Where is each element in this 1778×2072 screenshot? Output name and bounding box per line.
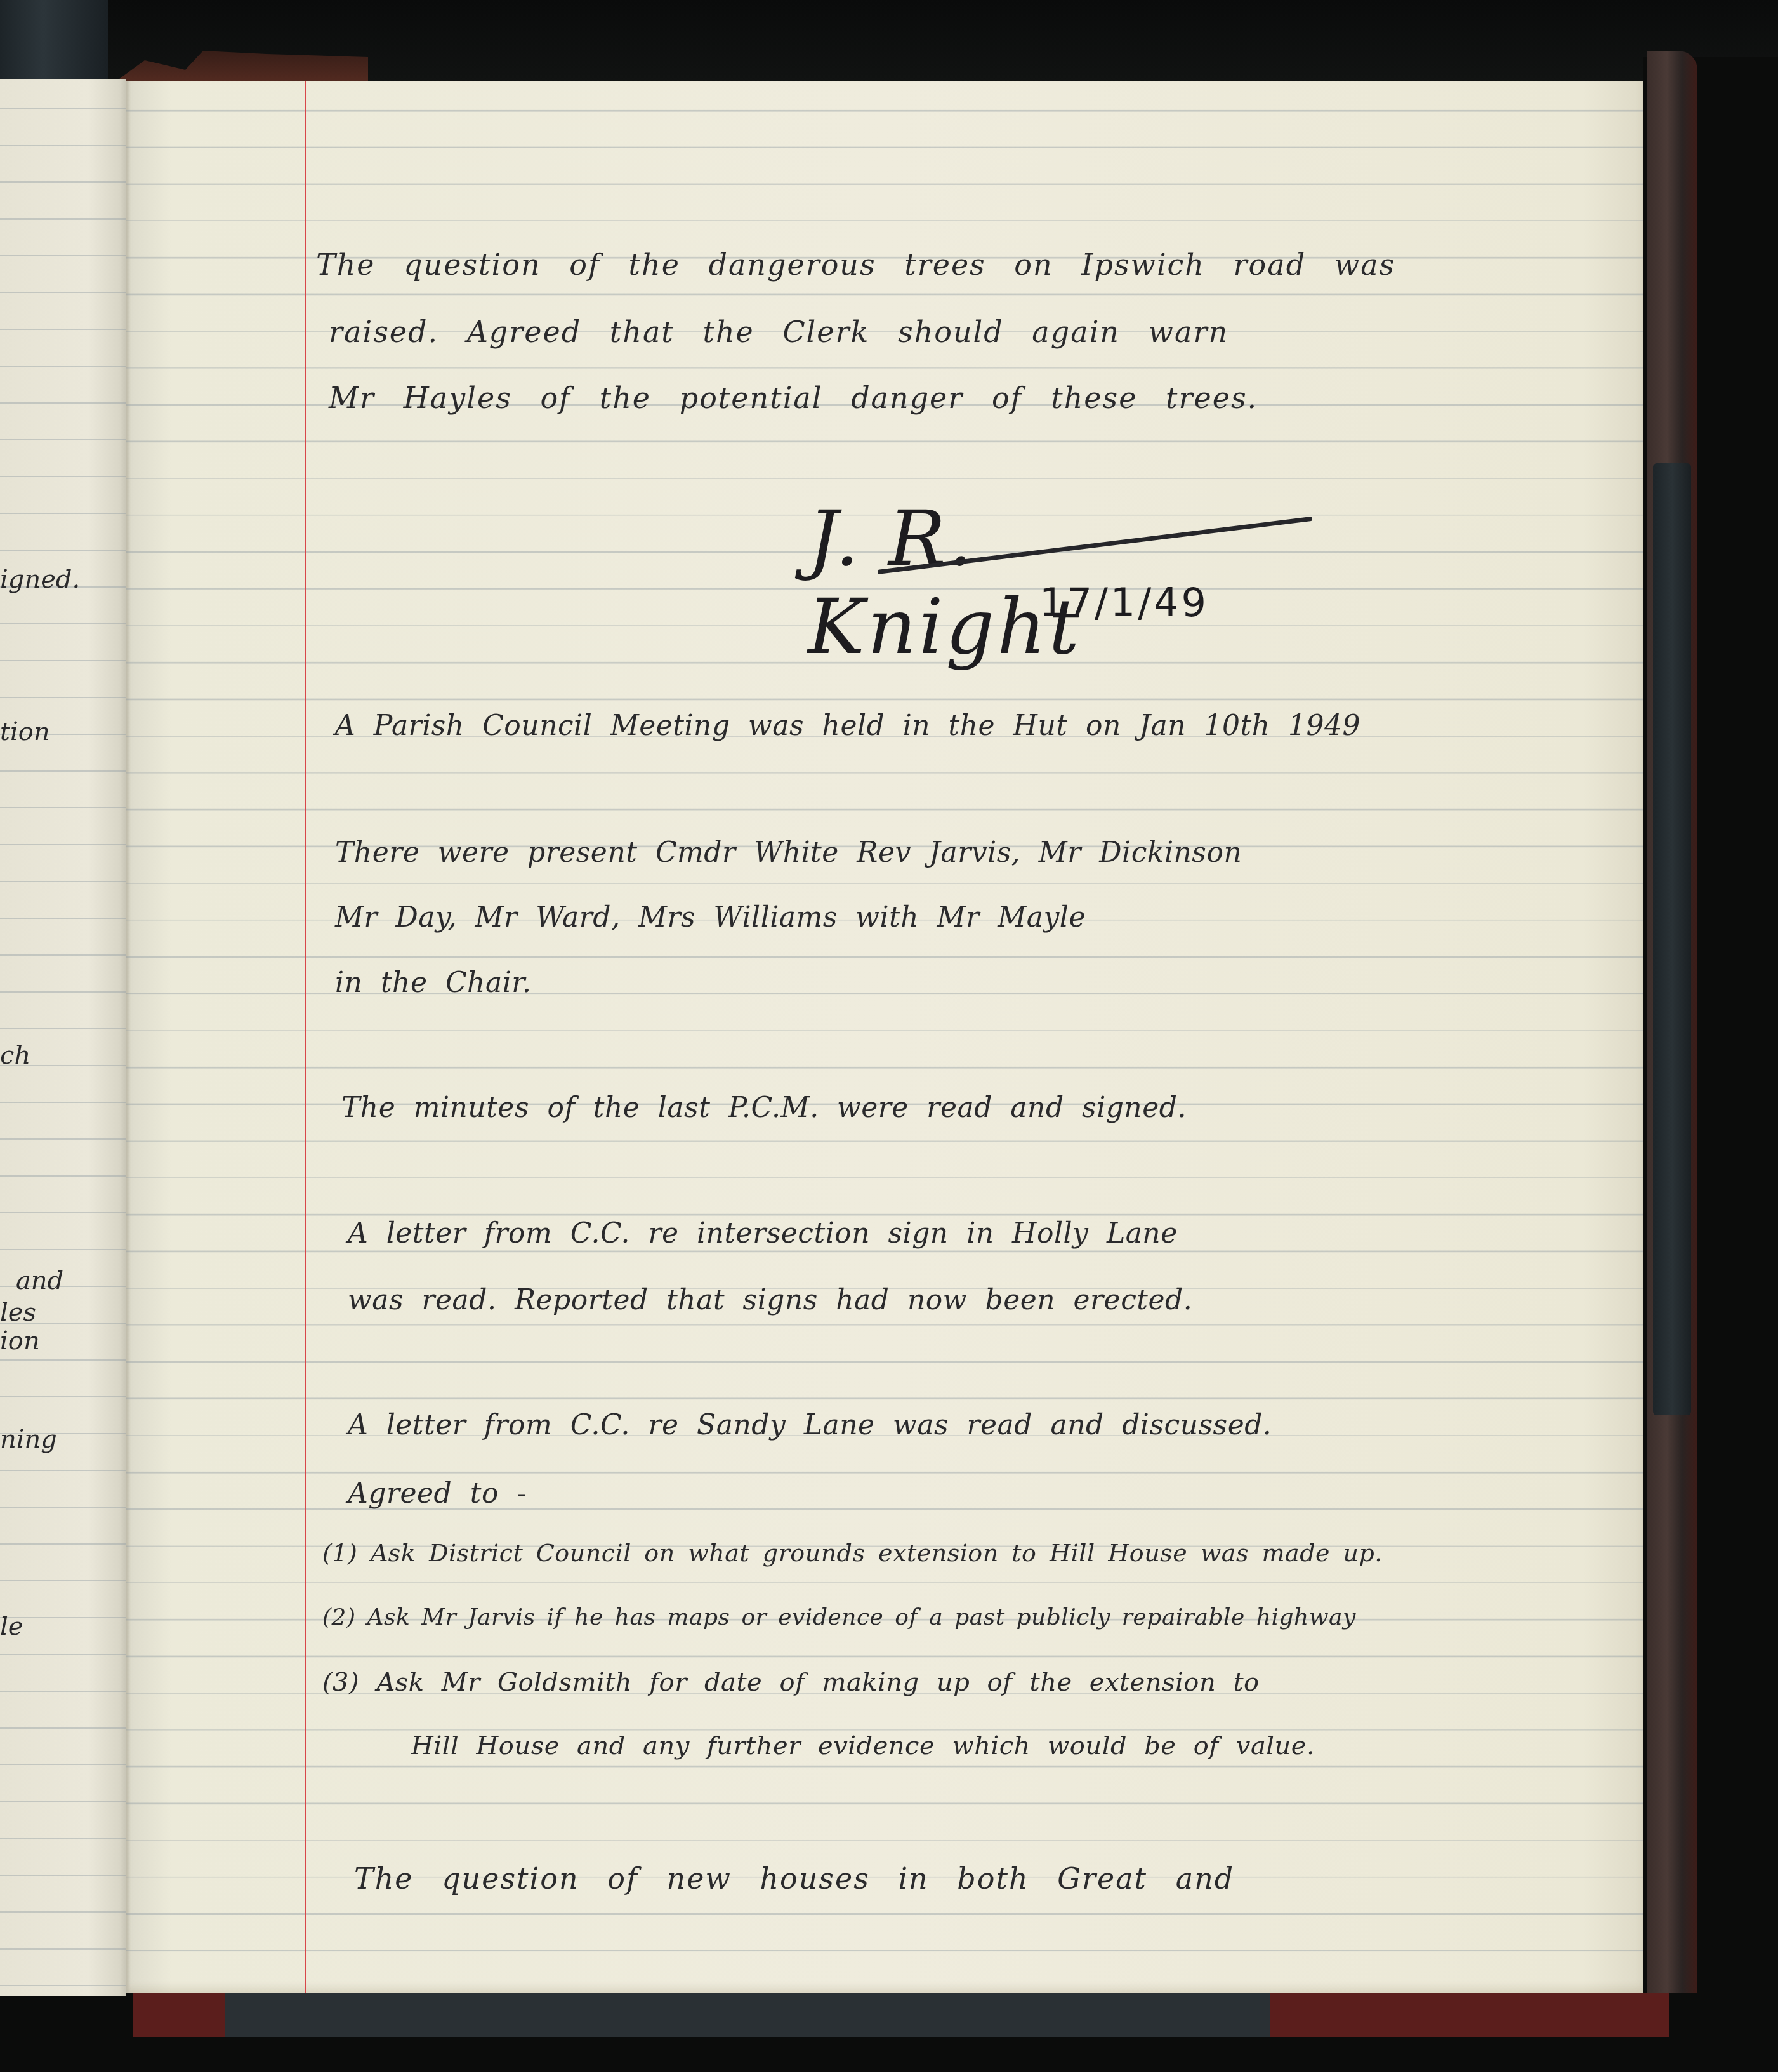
right-page: The question of the dangerous trees on I…	[126, 81, 1643, 1993]
left-fragment: ch	[0, 1041, 30, 1070]
ruled-lines	[0, 79, 126, 1996]
left-fragment: and	[16, 1266, 63, 1295]
meeting-heading: A Parish Council Meeting was held in the…	[335, 709, 1360, 742]
minute-line: was read. Reported that signs had now be…	[348, 1284, 1192, 1316]
left-fragment: ning	[0, 1425, 57, 1454]
minute-line: A letter from C.C. re intersection sign …	[348, 1217, 1178, 1250]
minute-line: raised. Agreed that the Clerk should aga…	[329, 315, 1228, 349]
attendance-line: in the Chair.	[335, 967, 531, 999]
signature-date: 17/1/49	[1039, 579, 1209, 626]
action-item: Hill House and any further evidence whic…	[411, 1731, 1315, 1760]
minute-line: The question of the dangerous trees on I…	[316, 247, 1395, 282]
action-item: (2) Ask Mr Jarvis if he has maps or evid…	[322, 1604, 1356, 1630]
margin-rule	[305, 81, 306, 1993]
book-spine-top	[0, 0, 108, 82]
left-page: igned. tion ch and les ion ning le	[0, 79, 126, 1996]
action-item: (1) Ask District Council on what grounds…	[322, 1539, 1383, 1567]
left-fragment: igned.	[0, 565, 80, 594]
torn-leather-edge	[114, 51, 368, 82]
book-cover-bottom	[0, 1993, 1778, 2072]
attendance-line: There were present Cmdr White Rev Jarvis…	[335, 836, 1242, 869]
left-fragment: les	[0, 1298, 36, 1327]
minute-line: A letter from C.C. re Sandy Lane was rea…	[348, 1409, 1272, 1441]
left-fragment: ion	[0, 1326, 40, 1356]
minute-line: The minutes of the last P.C.M. were read…	[341, 1092, 1187, 1124]
left-fragment: tion	[0, 717, 50, 746]
book-cover-edge	[1647, 51, 1697, 2018]
binding-band	[133, 1993, 1669, 2037]
minute-line: Agreed to -	[348, 1477, 527, 1510]
minute-line: Mr Hayles of the potential danger of the…	[329, 381, 1258, 415]
book-cover-top	[0, 0, 1778, 82]
action-item: (3) Ask Mr Goldsmith for date of making …	[322, 1668, 1260, 1697]
ruled-lines	[126, 81, 1643, 1993]
left-fragment: le	[0, 1612, 23, 1641]
cloth-binding-strip	[1653, 463, 1691, 1415]
attendance-line: Mr Day, Mr Ward, Mrs Williams with Mr Ma…	[335, 901, 1086, 934]
minute-line: The question of new houses in both Great…	[354, 1861, 1234, 1896]
